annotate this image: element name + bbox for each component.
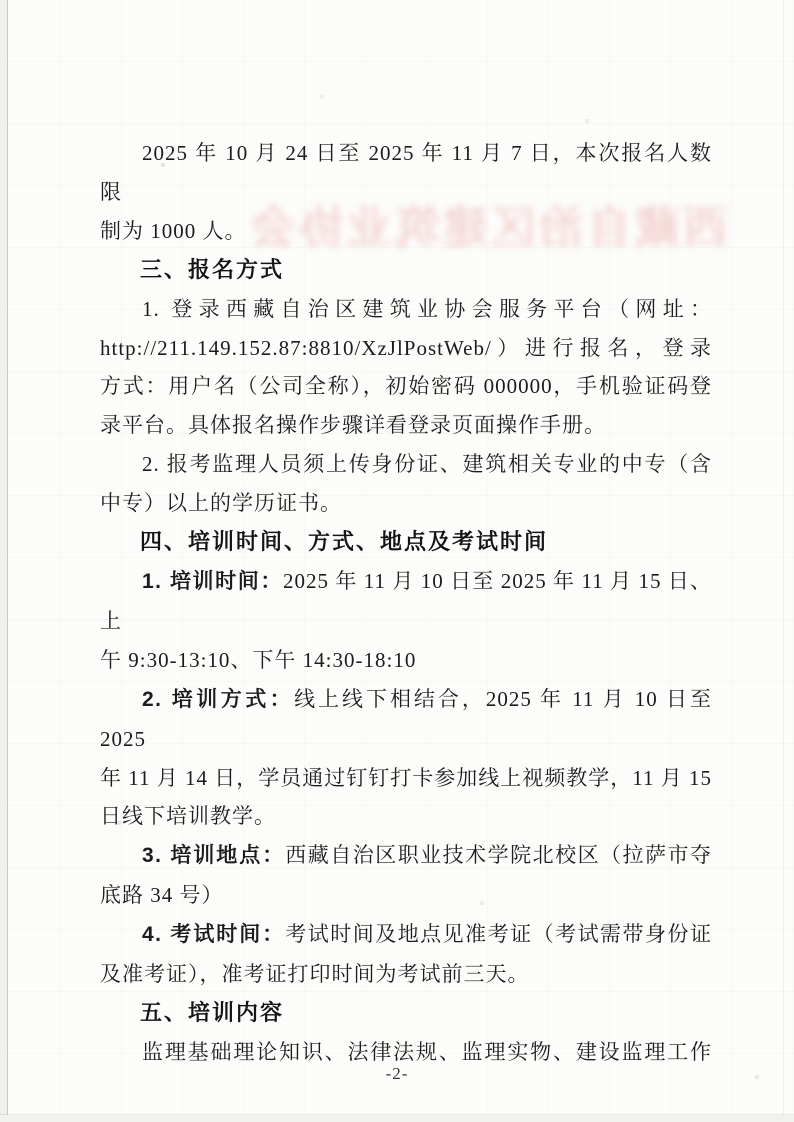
text-line: 及准考证），准考证打印时间为考试前三天。 bbox=[100, 955, 712, 994]
section-heading: 五、培训内容 bbox=[100, 994, 712, 1033]
bold-label: 五、培训内容 bbox=[140, 1000, 284, 1025]
text-segment: 2. 报考监理人员须上传身份证、建筑相关专业的中专（含 bbox=[142, 452, 712, 476]
text-segment: 方式：用户名（公司全称），初始密码 000000，手机验证码登 bbox=[100, 374, 712, 398]
bold-label: 1. 培训时间： bbox=[142, 570, 283, 593]
bold-label: 2. 培训方式： bbox=[142, 688, 294, 711]
page-number: -2- bbox=[0, 1064, 794, 1084]
text-line: 制为 1000 人。 bbox=[100, 212, 712, 251]
text-segment: 中专）以上的学历证书。 bbox=[100, 491, 342, 515]
text-line: 1. 登录西藏自治区建筑业协会服务平台（网址： bbox=[100, 290, 712, 329]
text-segment: 制为 1000 人。 bbox=[100, 219, 247, 243]
scan-edge-left-strip bbox=[0, 0, 7, 1122]
document-lines: 2025 年 10 月 24 日至 2025 年 11 月 7 日，本次报名人数… bbox=[100, 134, 712, 1072]
text-line: 1. 培训时间：2025 年 11 月 10 日至 2025 年 11 月 15… bbox=[100, 562, 712, 641]
text-line: 年 11 月 14 日，学员通过钉钉打卡参加线上视频教学，11 月 15 bbox=[100, 759, 712, 798]
bold-label: 4. 考试时间： bbox=[142, 923, 285, 946]
text-segment: 2025 年 10 月 24 日至 2025 年 11 月 7 日，本次报名人数… bbox=[100, 141, 712, 204]
section-heading: 三、报名方式 bbox=[100, 251, 712, 290]
text-segment: 年 11 月 14 日，学员通过钉钉打卡参加线上视频教学，11 月 15 bbox=[100, 766, 712, 790]
scanned-page: 西藏自治区建筑业协会 2025 年 10 月 24 日至 2025 年 11 月… bbox=[0, 0, 794, 1122]
text-segment: 及准考证），准考证打印时间为考试前三天。 bbox=[100, 962, 530, 986]
text-line: 2. 培训方式：线上线下相结合，2025 年 11 月 10 日至 2025 bbox=[100, 680, 712, 759]
text-line: 方式：用户名（公司全称），初始密码 000000，手机验证码登 bbox=[100, 367, 712, 406]
text-line: 午 9:30-13:10、下午 14:30-18:10 bbox=[100, 641, 712, 680]
text-line: 2. 报考监理人员须上传身份证、建筑相关专业的中专（含 bbox=[100, 445, 712, 484]
bold-label: 3. 培训地点： bbox=[142, 844, 285, 867]
text-line: 3. 培训地点：西藏自治区职业技术学院北校区（拉萨市夺 bbox=[100, 836, 712, 876]
text-segment: 监理基础理论知识、法律法规、监理实物、建设监理工作 bbox=[142, 1040, 712, 1064]
scan-edge-left-line bbox=[7, 0, 8, 1122]
text-segment: 1. 登录西藏自治区建筑业协会服务平台（网址： bbox=[142, 297, 712, 321]
scan-edge-right-line bbox=[783, 0, 784, 1122]
text-segment: 录平台。具体报名操作步骤详看登录页面操作手册。 bbox=[100, 413, 606, 437]
text-line: 底路 34 号） bbox=[100, 876, 712, 915]
text-segment: 午 9:30-13:10、下午 14:30-18:10 bbox=[100, 648, 416, 672]
text-segment: http://211.149.152.87:8810/XzJlPostWeb/）… bbox=[100, 336, 712, 360]
text-line: 录平台。具体报名操作步骤详看登录页面操作手册。 bbox=[100, 406, 712, 445]
text-segment: 日线下培训教学。 bbox=[100, 804, 276, 828]
scan-speck-artifacts bbox=[0, 0, 2, 2]
text-line: 2025 年 10 月 24 日至 2025 年 11 月 7 日，本次报名人数… bbox=[100, 134, 712, 212]
bold-label: 四、培训时间、方式、地点及考试时间 bbox=[140, 529, 548, 554]
bold-label: 三、报名方式 bbox=[140, 257, 284, 282]
text-line: http://211.149.152.87:8810/XzJlPostWeb/）… bbox=[100, 329, 712, 368]
text-line: 日线下培训教学。 bbox=[100, 797, 712, 836]
text-segment: 考试时间及地点见准考证（考试需带身份证 bbox=[285, 922, 712, 946]
section-heading: 四、培训时间、方式、地点及考试时间 bbox=[100, 523, 712, 562]
text-line: 中专）以上的学历证书。 bbox=[100, 484, 712, 523]
text-line: 4. 考试时间：考试时间及地点见准考证（考试需带身份证 bbox=[100, 915, 712, 955]
scan-edge-bottom-strip bbox=[0, 1115, 794, 1122]
text-segment: 底路 34 号） bbox=[100, 883, 224, 907]
text-segment: 西藏自治区职业技术学院北校区（拉萨市夺 bbox=[285, 843, 712, 867]
